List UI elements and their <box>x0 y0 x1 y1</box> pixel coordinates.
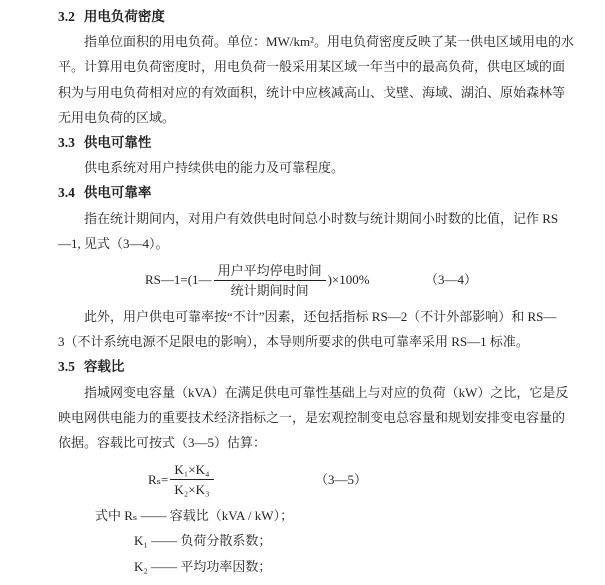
paragraph-line: 指在统计期间内，对用户有效供电时间总小时数与统计期间小时数的比值，记作 RS <box>58 206 555 231</box>
paragraph-line: 依据。容载比可按式（3—5）估算： <box>58 430 555 455</box>
formula-lhs: RS—1=(1— <box>145 267 212 292</box>
section-number: 3.4 <box>58 185 75 200</box>
fraction-denominator: 统计期间时间 <box>214 281 326 300</box>
paragraph-line: 指城网变电容量（kVA）在满足供电可靠性基础上与对应的负荷（kW）之比，它是反 <box>58 380 555 405</box>
paragraph-line: 指单位面积的用电负荷。单位：MW/km²。用电负荷密度反映了某一供电区域用电的水 <box>58 29 555 54</box>
paragraph-line: —1, 见式（3—4）。 <box>58 231 555 256</box>
symbol-definition-k1: K₁ —— 负荷分散系数； <box>134 528 555 553</box>
paragraph-line: 3（不计系统电源不足限电的影响），本导则所要求的供电可靠率采用 RS—1 标准。 <box>58 329 555 354</box>
fraction-denominator: K₂×K₃ <box>170 480 213 499</box>
section-number: 3.3 <box>58 135 75 150</box>
section-3-2-heading: 3.2用电负荷密度 <box>58 4 555 29</box>
fraction-numerator: 用户平均停电时间 <box>214 261 326 281</box>
document-page: 3.2用电负荷密度 指单位面积的用电负荷。单位：MW/km²。用电负荷密度反映了… <box>0 0 605 585</box>
symbol-definition-rs: 式中 Rₛ —— 容载比（kVA / kW）； <box>95 503 555 528</box>
fraction-numerator: K₁×K₄ <box>170 460 213 480</box>
section-3-3-heading: 3.3供电可靠性 <box>58 130 555 155</box>
section-number: 3.5 <box>58 359 75 374</box>
paragraph-line: 积为与用电负荷相对应的有效面积，统计中应核减高山、戈壁、海域、湖泊、原始森林等 <box>58 80 555 105</box>
formula-3-5: Rₛ= K₁×K₄ K₂×K₃ （3—5） <box>58 455 555 503</box>
section-title: 供电可靠率 <box>84 185 152 200</box>
symbol-definition-k2: K₂ —— 平均功率因数； <box>134 554 555 579</box>
section-title: 用电负荷密度 <box>84 9 165 24</box>
paragraph-line: 无用电负荷的区域。 <box>58 105 555 130</box>
paragraph-line: 供电系统对用户持续供电的能力及可靠程度。 <box>58 155 555 180</box>
formula-3-4: RS—1=(1— 用户平均停电时间 统计期间时间 )×100% （3—4） <box>58 256 555 304</box>
paragraph-line: 映电网供电能力的重要技术经济指标之一，是宏观控制变电总容量和规划安排变电容量的 <box>58 405 555 430</box>
formula-equation-number: （3—4） <box>425 267 477 292</box>
paragraph-line: 平。计算用电负荷密度时，用电负荷一般采用某区域一年当中的最高负荷，供电区域的面 <box>58 54 555 79</box>
section-3-5-heading: 3.5容载比 <box>58 354 555 379</box>
formula-lhs: Rₛ= <box>148 467 168 492</box>
section-number: 3.2 <box>58 9 75 24</box>
section-title: 供电可靠性 <box>84 135 152 150</box>
section-3-4-heading: 3.4供电可靠率 <box>58 180 555 205</box>
formula-equation-number: （3—5） <box>315 467 367 492</box>
formula-rhs: )×100% <box>328 267 370 292</box>
fraction: K₁×K₄ K₂×K₃ <box>170 460 213 499</box>
section-title: 容载比 <box>84 359 125 374</box>
fraction: 用户平均停电时间 统计期间时间 <box>214 261 326 300</box>
paragraph-line: 此外，用户供电可靠率按“不计”因素，还包括指标 RS—2（不计外部影响）和 RS… <box>58 304 555 329</box>
